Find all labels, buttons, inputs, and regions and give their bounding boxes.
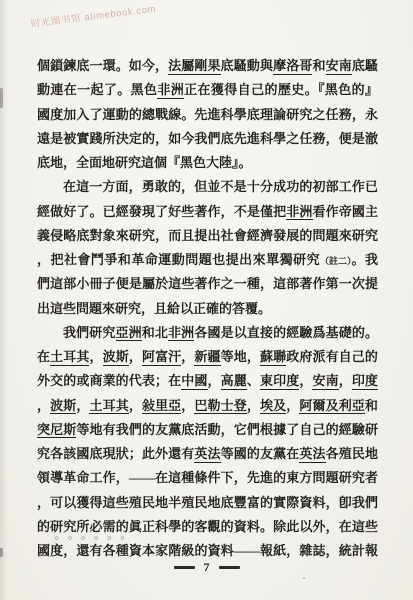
proper-noun-underline: 非洲	[157, 82, 184, 99]
text-run: 外交的或商業的代表；在	[37, 373, 181, 388]
proper-noun-underline: 安南	[326, 58, 352, 75]
page-number-value: 7	[204, 560, 210, 575]
proper-noun-underline: 土耳其	[50, 349, 89, 366]
scan-edge-shadow	[0, 0, 10, 600]
proper-noun-underline: 突尼斯	[37, 422, 76, 439]
text-line: 在這一方面，勇敢的，但並不是十分成功的初部工作已	[37, 175, 378, 199]
proper-noun-underline: 法	[208, 446, 221, 463]
text-run: 和	[365, 398, 378, 413]
text-line: ，把社會鬥爭和革命運動問題也提出來單獨研究（註二）。我	[37, 248, 378, 272]
text-run: ，可以獲得這些殖民地半殖民地底豐富的實際資料，卽我們	[37, 495, 378, 510]
text-run: ，把社會鬥爭和革命運動問題也提出來單獨研究	[37, 252, 320, 267]
page-number-dash-left	[174, 566, 195, 568]
text-line: 外交的或商業的代表；在中國，高麗、東印度，安南，印度	[37, 369, 378, 393]
text-run: 正在獲得自己的歷史。『黑色的』	[184, 82, 378, 97]
text-run: 遠是被實踐所決定的，如今我們底先進科學之任務，便是澈	[37, 131, 378, 146]
text-line: 領導革命工作，——在這種條件下，先進的東方問題研究者	[37, 466, 378, 490]
proper-noun-underline: 非洲	[286, 204, 312, 221]
scan-speck	[0, 88, 3, 108]
text-line: 國度加入了運動的總戰線。先進科學底理論研究之任務，永	[37, 103, 378, 127]
proper-noun-underline: 波斯	[103, 349, 129, 366]
proper-noun-underline: 法	[312, 446, 325, 463]
proper-noun-underline: 高麗	[221, 373, 247, 390]
proper-noun-underline: 英	[299, 446, 312, 463]
proper-noun-underline: 法屬剛果	[168, 58, 220, 75]
text-run: 各殖民地	[326, 446, 378, 461]
text-line: ，可以獲得這些殖民地半殖民地底豐富的實際資料，卽我們	[37, 491, 378, 515]
text-run: 。我	[351, 252, 377, 267]
text-run: 個鎖鍊底一環。如今，	[37, 58, 168, 73]
scan-speck	[0, 548, 3, 557]
text-run: ，	[208, 373, 221, 388]
text-line: 動連在一起了。黑色非洲正在獲得自己的歷史。『黑色的』	[37, 78, 378, 102]
text-run: 我們研究	[63, 325, 116, 340]
proper-noun-underline: 印度	[352, 373, 378, 390]
text-run: 等地，	[221, 349, 260, 364]
page-number-dash-right	[219, 566, 240, 568]
proper-noun-underline: 英	[194, 446, 207, 463]
text-run: ，	[89, 349, 102, 364]
text-run: 國度，還有各種資本家階級的資料——報紙，雜誌，統計報	[37, 543, 378, 558]
text-line: 的研究所必需的眞正科學的客觀的資料。除此以外，在這些	[37, 515, 378, 539]
text-run: ，	[247, 398, 260, 413]
text-run: 出這些問題來研究，且給以正確的答覆。	[37, 301, 271, 316]
text-run: ，	[181, 398, 194, 413]
scanned-book-page: { "watermark": { "text": "时光图书馆 atimeboo…	[0, 0, 413, 600]
proper-noun-underline: 敍里亞	[142, 398, 181, 415]
proper-noun-underline: 非洲	[168, 325, 194, 342]
emphasis-dots: 研究所必需的	[50, 519, 129, 534]
proper-noun-underline: 波斯	[50, 398, 76, 415]
text-run: 的	[37, 519, 50, 534]
text-run: ，	[129, 349, 142, 364]
text-line: 出這些問題來研究，且給以正確的答覆。	[37, 297, 378, 321]
text-run: 在	[37, 349, 50, 364]
text-line: 底地，全面地研究這個『黑色大陸』。	[37, 151, 378, 175]
text-line: 遠是被實踐所決定的，如今我們底先進科學之任務，便是澈	[37, 127, 378, 151]
text-run: 義侵略底對象來研究，而且提出社會經濟發展的問題來研究	[37, 228, 378, 243]
text-run: 底地，全面地研究這個『黑色大陸』。	[37, 155, 252, 170]
text-run: 底騷動與	[221, 58, 273, 73]
text-line: 個鎖鍊底一環。如今，法屬剛果底騷動與摩洛哥和安南底騷	[37, 54, 378, 78]
proper-noun-underline: 新疆	[194, 349, 220, 366]
text-run: 等國的友黨在	[221, 446, 300, 461]
text-run: 等地有我們的友黨底活動，它們根據了自己的經驗研	[76, 422, 378, 437]
proper-noun-underline: 安南	[312, 373, 338, 390]
text-run: 各國是以直接的經驗爲基礎的。	[194, 325, 378, 340]
scan-speck	[303, 577, 305, 579]
text-run: ，	[299, 373, 312, 388]
proper-noun-underline: 東印度	[260, 373, 299, 390]
text-run: 們這部小冊子便是屬於這些著作之一種，這部著作第一次提	[37, 276, 378, 291]
text-run: 和	[312, 58, 325, 73]
watermark-text: 时光图书馆 atimebook.com	[30, 1, 157, 30]
text-line: 們這部小冊子便是屬於這些著作之一種，這部著作第一次提	[37, 272, 378, 296]
text-run: ，	[37, 398, 50, 413]
proper-noun-underline: 亞洲	[116, 325, 142, 342]
text-run: 動連在一起了。黑色	[37, 82, 157, 97]
text-run: ，	[181, 349, 194, 364]
text-line: 究各該國底現狀；此外還有英法等國的友黨在英法各殖民地	[37, 442, 378, 466]
text-run: 經做好了。已經發現了好些著作，不是僅把	[37, 204, 286, 219]
text-line: 我們研究亞洲和北非洲各國是以直接的經驗爲基礎的。	[37, 321, 378, 345]
text-line: 在土耳其，波斯，阿富汗，新疆等地，蘇聯政府派有自己的	[37, 345, 378, 369]
text-run: 國度加入了運動的總戰線。先進科學底理論研究之任務，永	[37, 107, 378, 122]
text-run: 政府派有自己的	[286, 349, 378, 364]
text-run: 究各該國底現狀；此外還有	[37, 446, 194, 461]
text-run: 和北	[142, 325, 168, 340]
text-run: ，	[286, 398, 299, 413]
text-run: 、	[247, 373, 260, 388]
text-line: 經做好了。已經發現了好些著作，不是僅把非洲看作帝國主	[37, 200, 378, 224]
proper-noun-underline: 埃及	[260, 398, 286, 415]
text-line: 義侵略底對象來研究，而且提出社會經濟發展的問題來研究	[37, 224, 378, 248]
text-run: ，	[76, 398, 89, 413]
page-number: 7	[0, 560, 413, 575]
proper-noun-underline: 蘇聯	[260, 349, 286, 366]
proper-noun-underline: 阿富汗	[142, 349, 181, 366]
text-run: ，	[129, 398, 142, 413]
proper-noun-underline: 巴勒士登	[194, 398, 246, 415]
proper-noun-underline: 摩洛哥	[273, 58, 312, 75]
text-block: 個鎖鍊底一環。如今，法屬剛果底騷動與摩洛哥和安南底騷動連在一起了。黑色非洲正在獲…	[37, 54, 378, 563]
proper-noun-underline: 中國	[181, 373, 207, 390]
text-run: ，	[339, 373, 352, 388]
footnote-ref: （註二）	[320, 256, 351, 266]
proper-noun-underline: 阿爾及利亞	[299, 398, 365, 415]
proper-noun-underline: 土耳其	[89, 398, 128, 415]
text-run: 在這一方面，勇敢的，但並不是十分成功的初部工作已	[63, 179, 378, 194]
text-line: 突尼斯等地有我們的友黨底活動，它們根據了自己的經驗研	[37, 418, 378, 442]
text-run: 看作帝國主	[313, 204, 378, 219]
text-line: ，波斯，土耳其，敍里亞，巴勒士登，埃及，阿爾及利亞和	[37, 394, 378, 418]
text-run: 眞正科學的客觀的資料。除此以外，在這些	[129, 519, 378, 534]
text-run: 底騷	[352, 58, 378, 73]
text-run: 領導革命工作，——在這種條件下，先進的東方問題研究者	[37, 470, 378, 485]
